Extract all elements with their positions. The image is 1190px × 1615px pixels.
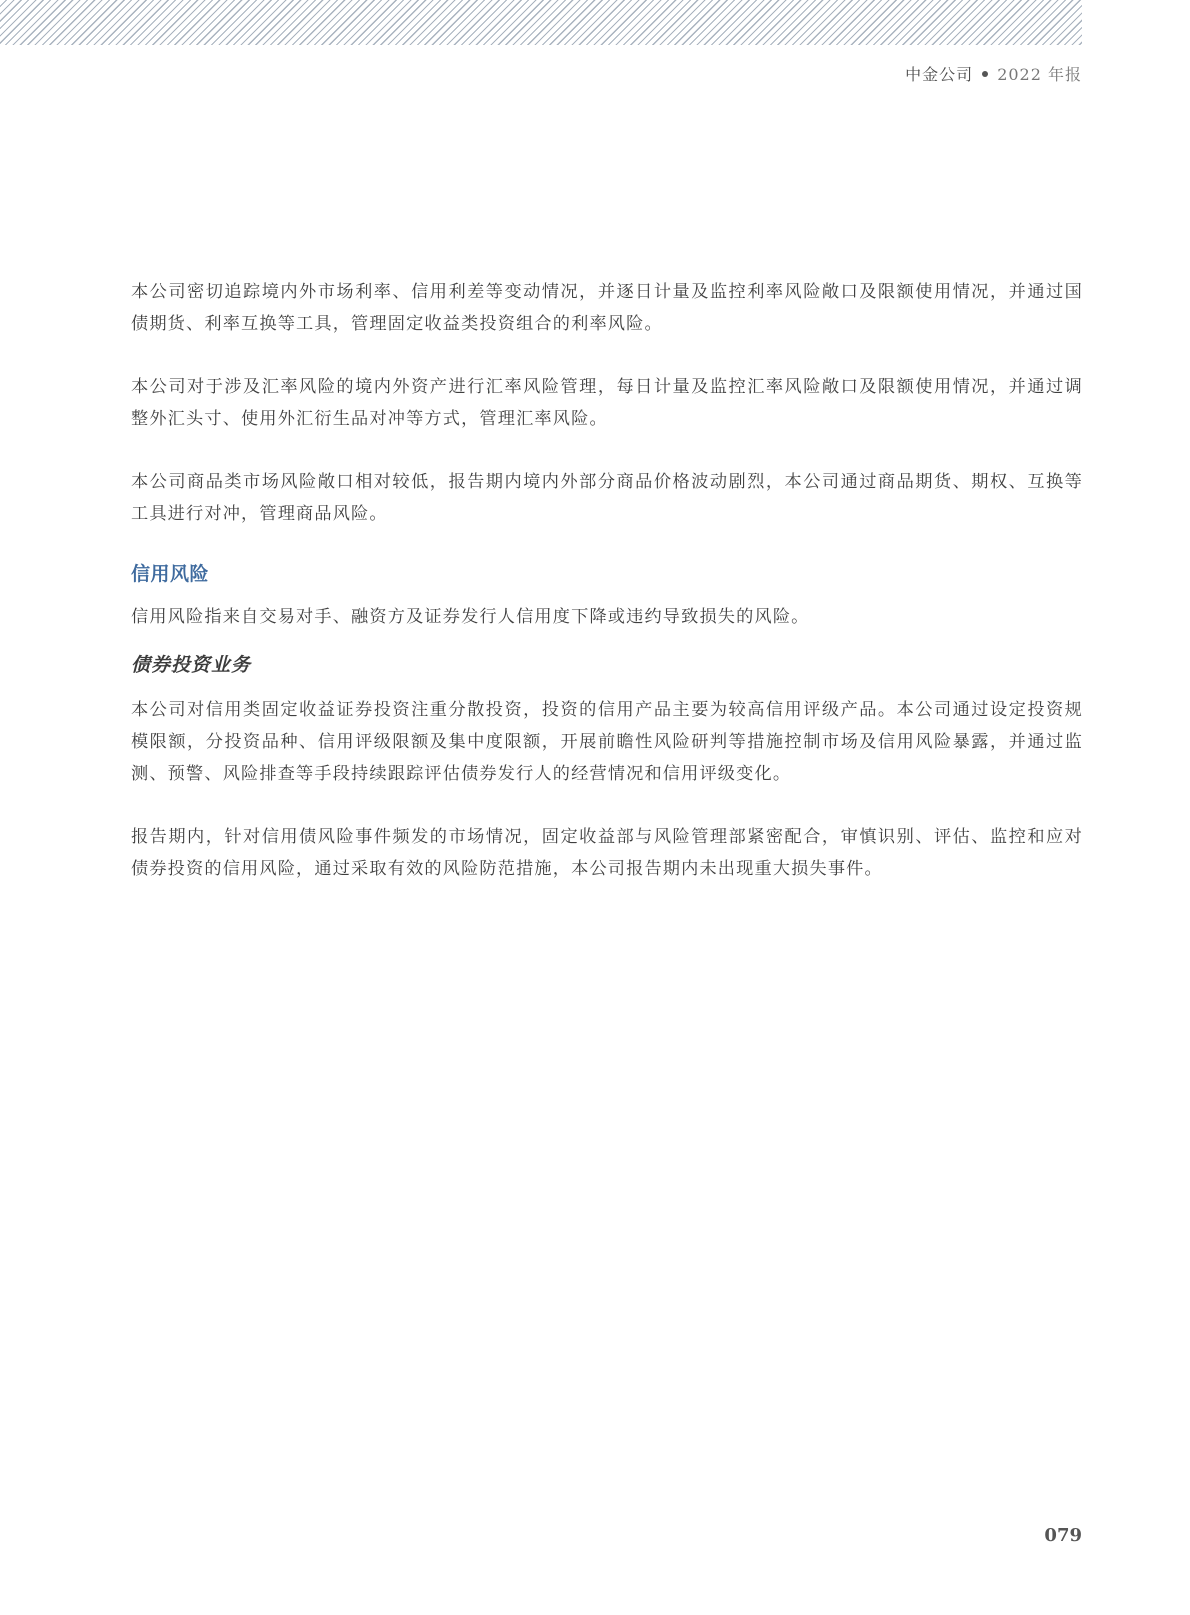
decorative-hatch-band — [0, 0, 1082, 45]
bond-investment-paragraph-1: 本公司对信用类固定收益证券投资注重分散投资，投资的信用产品主要为较高信用评级产品… — [131, 694, 1083, 790]
commodity-risk-paragraph: 本公司商品类市场风险敞口相对较低，报告期内境内外部分商品价格波动剧烈，本公司通过… — [131, 466, 1083, 530]
page-number: 079 — [1044, 1525, 1082, 1546]
bond-investment-paragraph-2: 报告期内，针对信用债风险事件频发的市场情况，固定收益部与风险管理部紧密配合，审慎… — [131, 821, 1083, 885]
credit-risk-heading: 信用风险 — [131, 559, 1083, 589]
interest-rate-risk-paragraph: 本公司密切追踪境内外市场利率、信用利差等变动情况，并逐日计量及监控利率风险敞口及… — [131, 276, 1083, 340]
report-title: 2022 年报 — [997, 65, 1082, 84]
page-content: 本公司密切追踪境内外市场利率、信用利差等变动情况，并逐日计量及监控利率风险敞口及… — [131, 276, 1083, 916]
bullet-separator-icon — [982, 71, 988, 77]
running-header: 中金公司2022 年报 — [905, 62, 1082, 85]
company-name: 中金公司 — [905, 65, 973, 84]
fx-risk-paragraph: 本公司对于涉及汇率风险的境内外资产进行汇率风险管理，每日计量及监控汇率风险敞口及… — [131, 371, 1083, 435]
credit-risk-definition: 信用风险指来自交易对手、融资方及证券发行人信用度下降或违约导致损失的风险。 — [131, 601, 1083, 633]
bond-investment-heading: 债券投资业务 — [131, 650, 1083, 680]
